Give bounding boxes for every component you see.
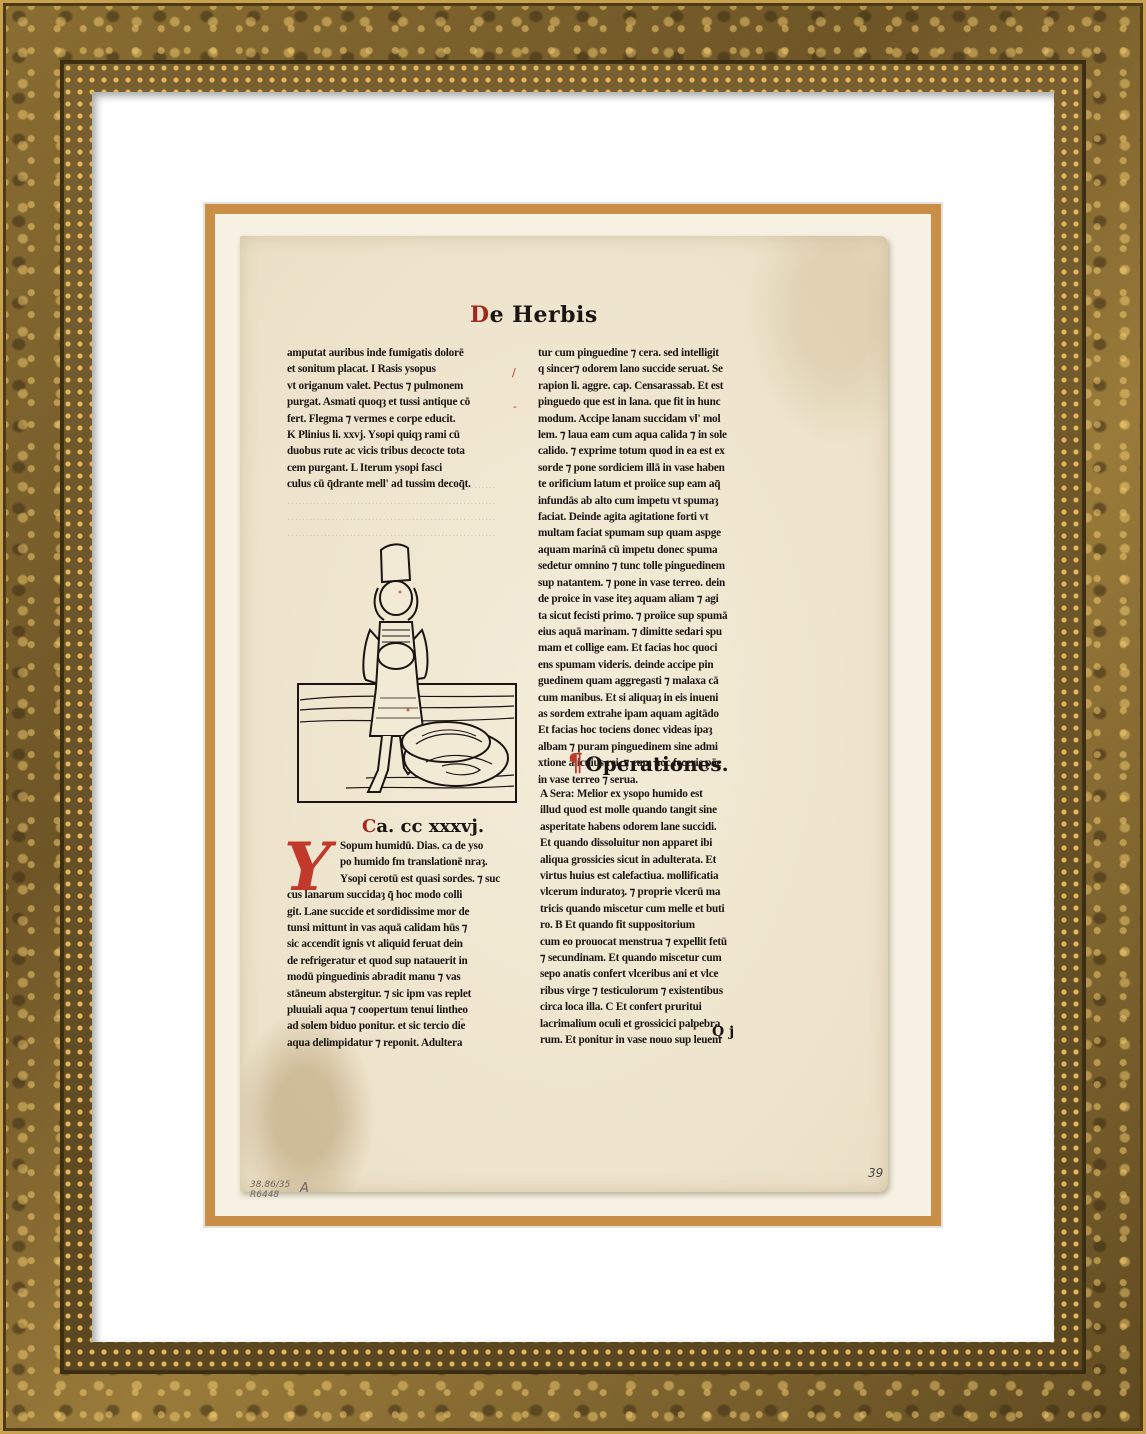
running-head: De Herbis	[470, 302, 630, 328]
text-line: sorde ⁊ pone sordiciem illā in vase habe…	[538, 460, 760, 476]
text-line: sic accendit ignis vt aliquid feruat dei…	[287, 936, 520, 952]
inventory-number-line: R6448	[250, 1190, 290, 1200]
text-line: amputat auribus inde fumigatis dolorē	[287, 345, 512, 361]
right-column-bottom-text: A Sera: Melior ex ysopo humido est illud…	[540, 786, 762, 1049]
chapter-heading: Ca. cc xxxvj.	[362, 816, 484, 837]
text-line: tur cum pinguedine ⁊ cera. sed intelligi…	[538, 345, 760, 361]
folio-number-annotation: 39	[868, 1166, 883, 1180]
text-line: Et quando dissoluitur non apparet ibi	[540, 835, 762, 851]
section-heading-text: Operationes.	[585, 752, 728, 776]
text-line: illud quod est molle quando tangit sine	[540, 802, 762, 818]
text-line: stāneum abstergitur. ⁊ sic ipm vas reple…	[287, 986, 520, 1002]
running-head-initial: D	[470, 302, 490, 328]
text-line: tricis quando miscetur cum melle et buti	[540, 901, 762, 917]
text-line: cus lanarum succidaȝ q̄ hoc modo colli	[287, 887, 520, 903]
left-column-bottom-text: Sopum humidū. Dias. ca de yso po humido …	[340, 838, 520, 1051]
inventory-letter: A	[300, 1184, 309, 1194]
text-line: cum manibus. Et si aliquaȝ in eis inueni	[538, 690, 760, 706]
text-line: q sincer⁊ odorem lano succide seruat. Se	[538, 361, 760, 377]
text-line: guedinem quam aggregasti ⁊ malaxa cā	[538, 673, 760, 689]
text-line: aquam marinā cū impetu donec spuma	[538, 542, 760, 558]
text-line: ad solem biduo ponitur. et sic tercio di…	[287, 1018, 520, 1034]
text-line: te orificium latum et proiice sup eam aq…	[538, 476, 760, 492]
text-line: git. Lane succide et sordidissime mor de	[287, 904, 520, 920]
inventory-number-annotation: 38.86/35 R6448 A	[250, 1180, 290, 1200]
text-line: ⁊ secundinam. Et quando miscetur cum	[540, 950, 762, 966]
rubric-mark: -	[513, 400, 517, 413]
text-line: duobus rute ac vicis tribus decocte tota	[287, 443, 512, 459]
text-line: A Sera: Melior ex ysopo humido est	[540, 786, 762, 802]
text-line: et sonitum placat. I Rasis ysopus	[287, 361, 512, 377]
text-line: ro. B Et quando fit suppositorium	[540, 917, 762, 933]
text-line: aliqua grossicies sicut in adulterata. E…	[540, 852, 762, 868]
text-line: calido. ⁊ exprime totum quod in ea est e…	[538, 443, 760, 459]
text-line: circa loca illa. C Et confert pruritui	[540, 999, 762, 1015]
rubric-mark: /	[512, 366, 516, 379]
text-line: tunsi mittunt in vas aquā calidam hūs ⁊	[287, 920, 520, 936]
text-line: faciat. Deinde agita agitatione forti vt	[538, 509, 760, 525]
text-line: rapion li. aggre. cap. Censarassab. Et e…	[538, 378, 760, 394]
woodcut-illustration	[296, 530, 521, 806]
text-line: Sopum humidū. Dias. ca de yso	[340, 838, 520, 854]
text-line: eius aquā marinam. ⁊ dimitte sedari spu	[538, 624, 760, 640]
running-head-text: e Herbis	[490, 302, 598, 328]
signature-mark: Q j	[712, 1024, 734, 1040]
text-line: as sordem extrahe ipam aquam agitādo	[538, 706, 760, 722]
text-line: ribus virge ⁊ testiculorum ⁊ existentibu…	[540, 983, 762, 999]
text-line: de proice in vase iteȝ aquam aliam ⁊ agi	[538, 591, 760, 607]
pilcrow-icon: ¶	[568, 748, 583, 777]
text-line: po humido fm translationē nraȝ.	[340, 854, 520, 870]
text-line: modum. Accipe lanam succidam vl' mol	[538, 411, 760, 427]
text-line: ta sicut fecisti primo. ⁊ proiice sup sp…	[538, 608, 760, 624]
text-line: lem. ⁊ laua eam cum aqua calida ⁊ in sol…	[538, 427, 760, 443]
text-line: cum eo prouocat menstrua ⁊ expellit fetū	[540, 934, 762, 950]
section-heading-operationes: ¶Operationes.	[568, 748, 729, 777]
text-line: vt origanum valet. Pectus ⁊ pulmonem	[287, 378, 512, 394]
left-column-top-text: amputat auribus inde fumigatis dolorē et…	[287, 345, 512, 493]
chapter-initial: C	[362, 816, 376, 837]
inventory-number-line: 38.86/35	[250, 1180, 290, 1190]
text-line: de refrigeratur et quod sup natauerit in	[287, 953, 520, 969]
chapter-number: a. cc xxxvj.	[376, 816, 484, 837]
text-line: ens spumam videris. deinde accipe pin	[538, 657, 760, 673]
text-line: pinguedo que est in lana. que fit in hun…	[538, 394, 760, 410]
text-line: vlcerum induratoȝ. ⁊ proprie vlcerū ma	[540, 884, 762, 900]
text-line: sedetur omnino ⁊ tunc tolle pinguedinem	[538, 558, 760, 574]
text-line: cem purgant. L Iterum ysopi fasci	[287, 460, 512, 476]
text-line: purgat. Asmati quoqȝ et tussi antique cō	[287, 394, 512, 410]
text-line: pluuiali aqua ⁊ coopertum tenui lintheo	[287, 1002, 520, 1018]
text-line: sepo anatis confert vlceribus ani et vlc…	[540, 966, 762, 982]
text-line: modū pinguedinis abradit manu ⁊ vas	[287, 969, 520, 985]
rubric-mark: -	[460, 1012, 464, 1025]
text-line: virtus huius est calefactiua. mollificat…	[540, 868, 762, 884]
text-line: K Plinius li. xxvj. Ysopi quiqȝ rami cū	[287, 427, 512, 443]
text-line: multam faciat spumam sup quam aspge	[538, 525, 760, 541]
text-line: infundās ab alto cum impetu vt spumaȝ	[538, 493, 760, 509]
right-column-top-text: tur cum pinguedine ⁊ cera. sed intelligi…	[538, 345, 760, 788]
text-line: Et facias hoc tociens donec videas ipaȝ	[538, 722, 760, 738]
text-line: sup natantem. ⁊ pone in vase terreo. dei…	[538, 575, 760, 591]
text-line: mam et collige eam. Et facias hoc quoci	[538, 640, 760, 656]
text-line: fert. Flegma ⁊ vermes e corpe educit.	[287, 411, 512, 427]
text-line: aqua delimpidatur ⁊ reponit. Adultera	[287, 1035, 520, 1051]
text-line: Ysopi cerotū est quasi sordes. ⁊ suc	[340, 871, 520, 887]
text-line: asperitate habens odorem lane succidi.	[540, 819, 762, 835]
